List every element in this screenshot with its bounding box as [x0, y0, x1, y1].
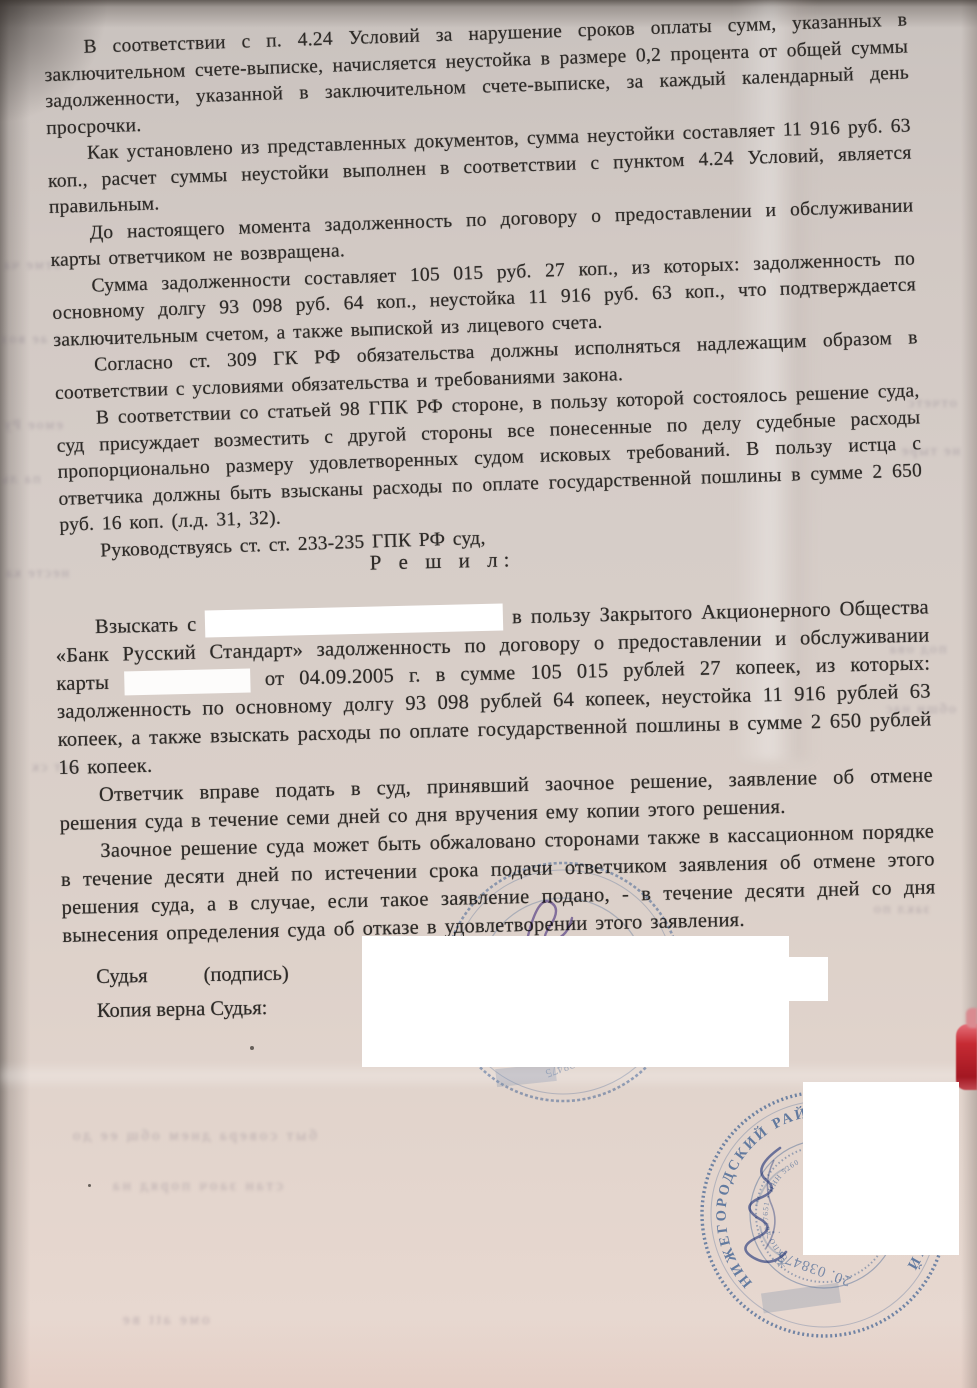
decision-body-text: В соответствии с п. 4.24 Условий за нару…: [43, 7, 924, 565]
redaction-box-judge-name: [362, 936, 789, 1067]
redaction-box-judge-name-tab: [788, 957, 828, 1001]
redaction-box-card-number: [124, 668, 251, 695]
ink-speck: [88, 1184, 91, 1187]
pen-signature-large: [722, 1140, 812, 1280]
paragraph: Заочное решение суда может быть обжалова…: [60, 817, 936, 950]
judge-label: Судья: [96, 959, 148, 994]
bleedthrough-text: па ль: [0, 472, 41, 488]
red-edge-mark: [956, 1024, 977, 1090]
redaction-box-defendant-name: [205, 603, 504, 637]
stamp-inner-text: ОКПО 4877651 • ИНН 5260: [761, 1157, 801, 1262]
signature-note: (подпись): [203, 957, 289, 992]
ink-speck: [250, 1046, 254, 1050]
redaction-box-over-stamp: [803, 1082, 959, 1255]
ruling-text-part1: Взыскать с: [95, 614, 197, 638]
bleedthrough-text: емое Ру: [2, 418, 63, 434]
stamp-dot-marks: · ¡ • ·: [760, 1228, 781, 1239]
scanned-court-decision-page: отме ча в ае воз емое Ру па ль несте ка …: [0, 0, 977, 1388]
bleedthrough-text: оме att ве: [120, 1312, 210, 1329]
bleedthrough-text: быт совера днем общ ее до: [70, 1128, 317, 1145]
stamp-star-mark: ✳: [776, 1256, 787, 1271]
ruling-paragraph: Взыскать с в пользу Закрытого Акционерно…: [55, 593, 933, 782]
ruling-section: Р е ш и л: Взыскать с в пользу Закрытого…: [53, 535, 936, 949]
svg-text:ОКПО 4877651 • ИНН 5260: ОКПО 4877651 • ИНН 5260: [761, 1157, 801, 1262]
bleedthrough-text: в ае воз: [0, 332, 61, 348]
red-edge-mark: [966, 1008, 977, 1028]
bleedthrough-text: стан заоч поряд на: [110, 1178, 283, 1195]
